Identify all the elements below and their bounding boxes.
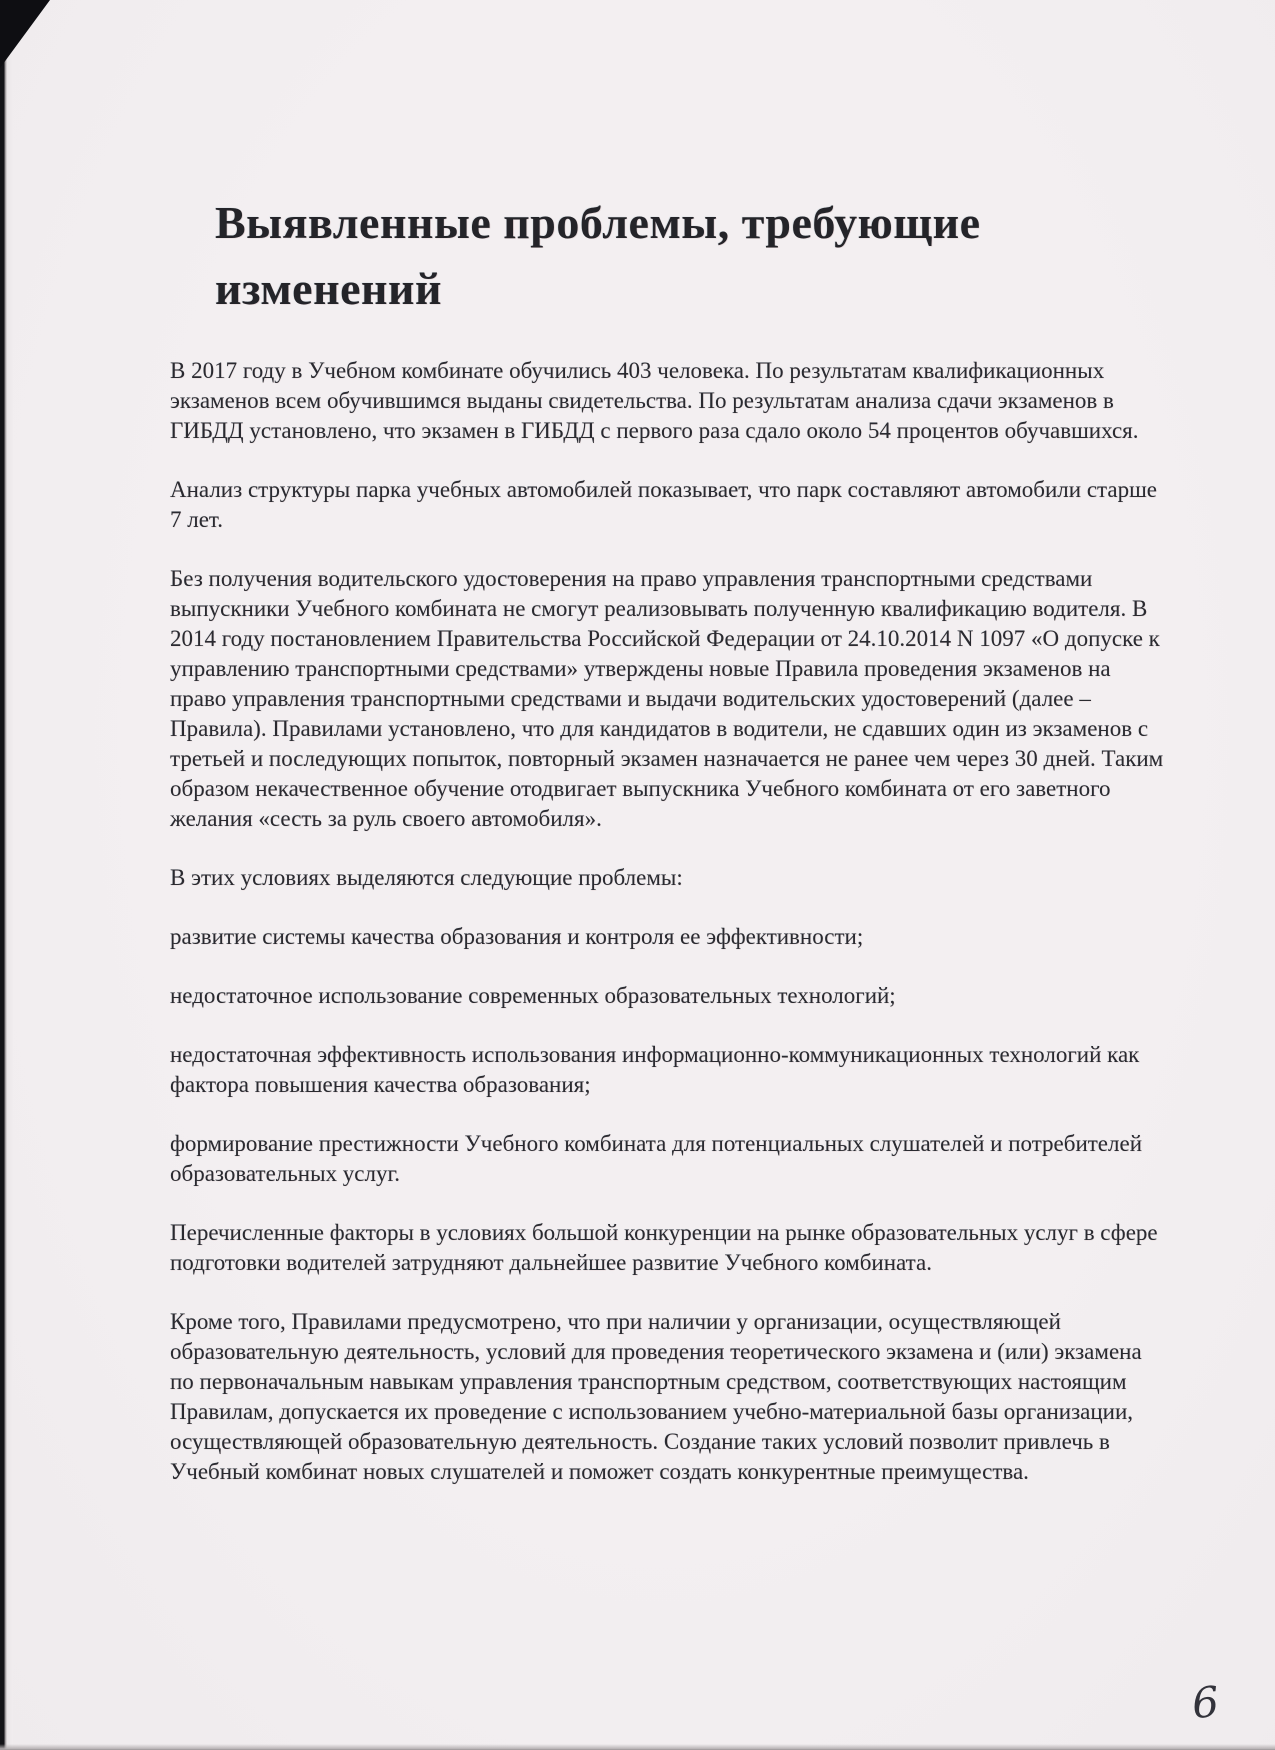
page-title-line-2: изменений bbox=[215, 256, 1170, 322]
page-title-line-1: Выявленные проблемы, требующие bbox=[215, 190, 1170, 256]
paragraph-vehicle-fleet: Анализ структуры парка учебных автомобил… bbox=[170, 475, 1170, 535]
paragraph-competition-factors: Перечисленные факторы в условиях большой… bbox=[170, 1218, 1170, 1278]
scan-left-edge-artifact bbox=[0, 0, 13, 1750]
paragraph-problem-ict-effectiveness: недостаточная эффективность использовани… bbox=[170, 1040, 1170, 1100]
handwritten-page-number: 6 bbox=[1190, 1677, 1221, 1728]
paragraph-problem-edu-technologies: недостаточное использование современных … bbox=[170, 981, 1170, 1011]
scanned-document-page: Выявленные проблемы, требующие изменений… bbox=[0, 0, 1275, 1750]
paragraph-problems-lead-in: В этих условиях выделяются следующие про… bbox=[170, 863, 1170, 893]
scan-bottom-edge-artifact bbox=[0, 1744, 1275, 1750]
paragraph-license-rules: Без получения водительского удостоверени… bbox=[170, 564, 1170, 834]
paragraph-problem-quality-system: развитие системы качества образования и … bbox=[170, 922, 1170, 952]
document-body: Выявленные проблемы, требующие изменений… bbox=[170, 190, 1170, 1516]
paragraph-problem-prestige: формирование престижности Учебного комби… bbox=[170, 1129, 1170, 1189]
paragraph-rules-exam-premises: Кроме того, Правилами предусмотрено, что… bbox=[170, 1307, 1170, 1487]
page-title: Выявленные проблемы, требующие изменений bbox=[215, 190, 1170, 322]
paragraph-intro-2017-results: В 2017 году в Учебном комбинате обучилис… bbox=[170, 356, 1170, 446]
scan-corner-artifact bbox=[0, 0, 50, 68]
